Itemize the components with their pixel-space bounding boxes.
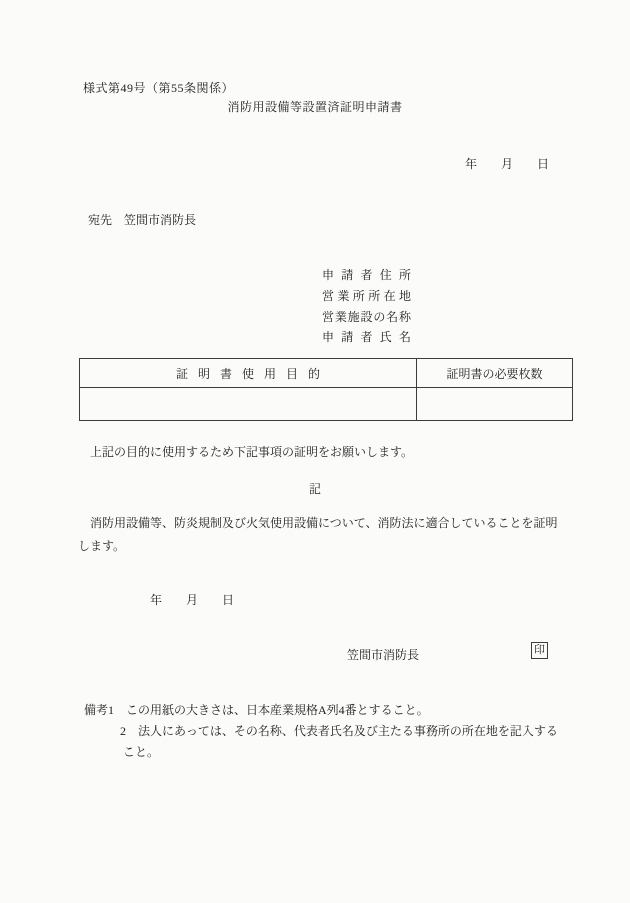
applicant-fields-block: 申請者住所 営業所所在地 営業施設の名称 申請者氏名 xyxy=(322,265,411,348)
purpose-value-cell xyxy=(80,388,417,421)
remarks-note-2-continuation: こと。 xyxy=(123,743,159,760)
certification-statement-line2: します。 xyxy=(78,535,560,558)
remarks-note-1: 備考1 この用紙の大きさは、日本産業規格A列4番とすること。 xyxy=(84,701,429,718)
applicant-name-label: 申請者氏名 xyxy=(322,327,411,348)
certification-statement: 消防用設備等、防炎規制及び火気使用設備について、消防法に適合していることを証明 … xyxy=(78,512,560,558)
table-body-row xyxy=(80,388,573,421)
date-line-top: 年 月 日 xyxy=(465,155,549,172)
certification-statement-line1: 消防用設備等、防炎規制及び火気使用設備について、消防法に適合していることを証明 xyxy=(78,512,560,535)
addressee-label: 宛先 xyxy=(88,213,112,227)
addressee-line: 宛先笠間市消防長 xyxy=(88,211,196,228)
date-line-bottom: 年 月 日 xyxy=(150,591,234,608)
applicant-address-label: 申請者住所 xyxy=(322,265,411,286)
col-header-copies: 証明書の必要枚数 xyxy=(417,359,573,388)
col-header-purpose: 証明書使用目的 xyxy=(80,359,417,388)
copies-value-cell xyxy=(417,388,573,421)
table-header-row: 証明書使用目的 証明書の必要枚数 xyxy=(80,359,573,388)
remarks-note-2: 2 法人にあっては、その名称、代表者氏名及び主たる事務所の所在地を記入する xyxy=(120,722,558,739)
request-sentence: 上記の目的に使用するため下記事項の証明をお願いします。 xyxy=(90,443,413,460)
business-facility-name-label: 営業施設の名称 xyxy=(322,307,411,328)
certificate-table: 証明書使用目的 証明書の必要枚数 xyxy=(79,358,573,421)
form-number: 様式第49号（第55条関係） xyxy=(83,79,234,96)
business-office-location-label: 営業所所在地 xyxy=(322,286,411,307)
certifier-name: 笠間市消防長 xyxy=(347,646,419,663)
addressee-name: 笠間市消防長 xyxy=(124,213,196,227)
seal-placeholder: 印 xyxy=(531,642,548,659)
application-form-page: 様式第49号（第55条関係） 消防用設備等設置済証明申請書 年 月 日 宛先笠間… xyxy=(0,0,630,903)
ki-heading: 記 xyxy=(0,480,630,497)
document-title: 消防用設備等設置済証明申請書 xyxy=(0,98,630,115)
